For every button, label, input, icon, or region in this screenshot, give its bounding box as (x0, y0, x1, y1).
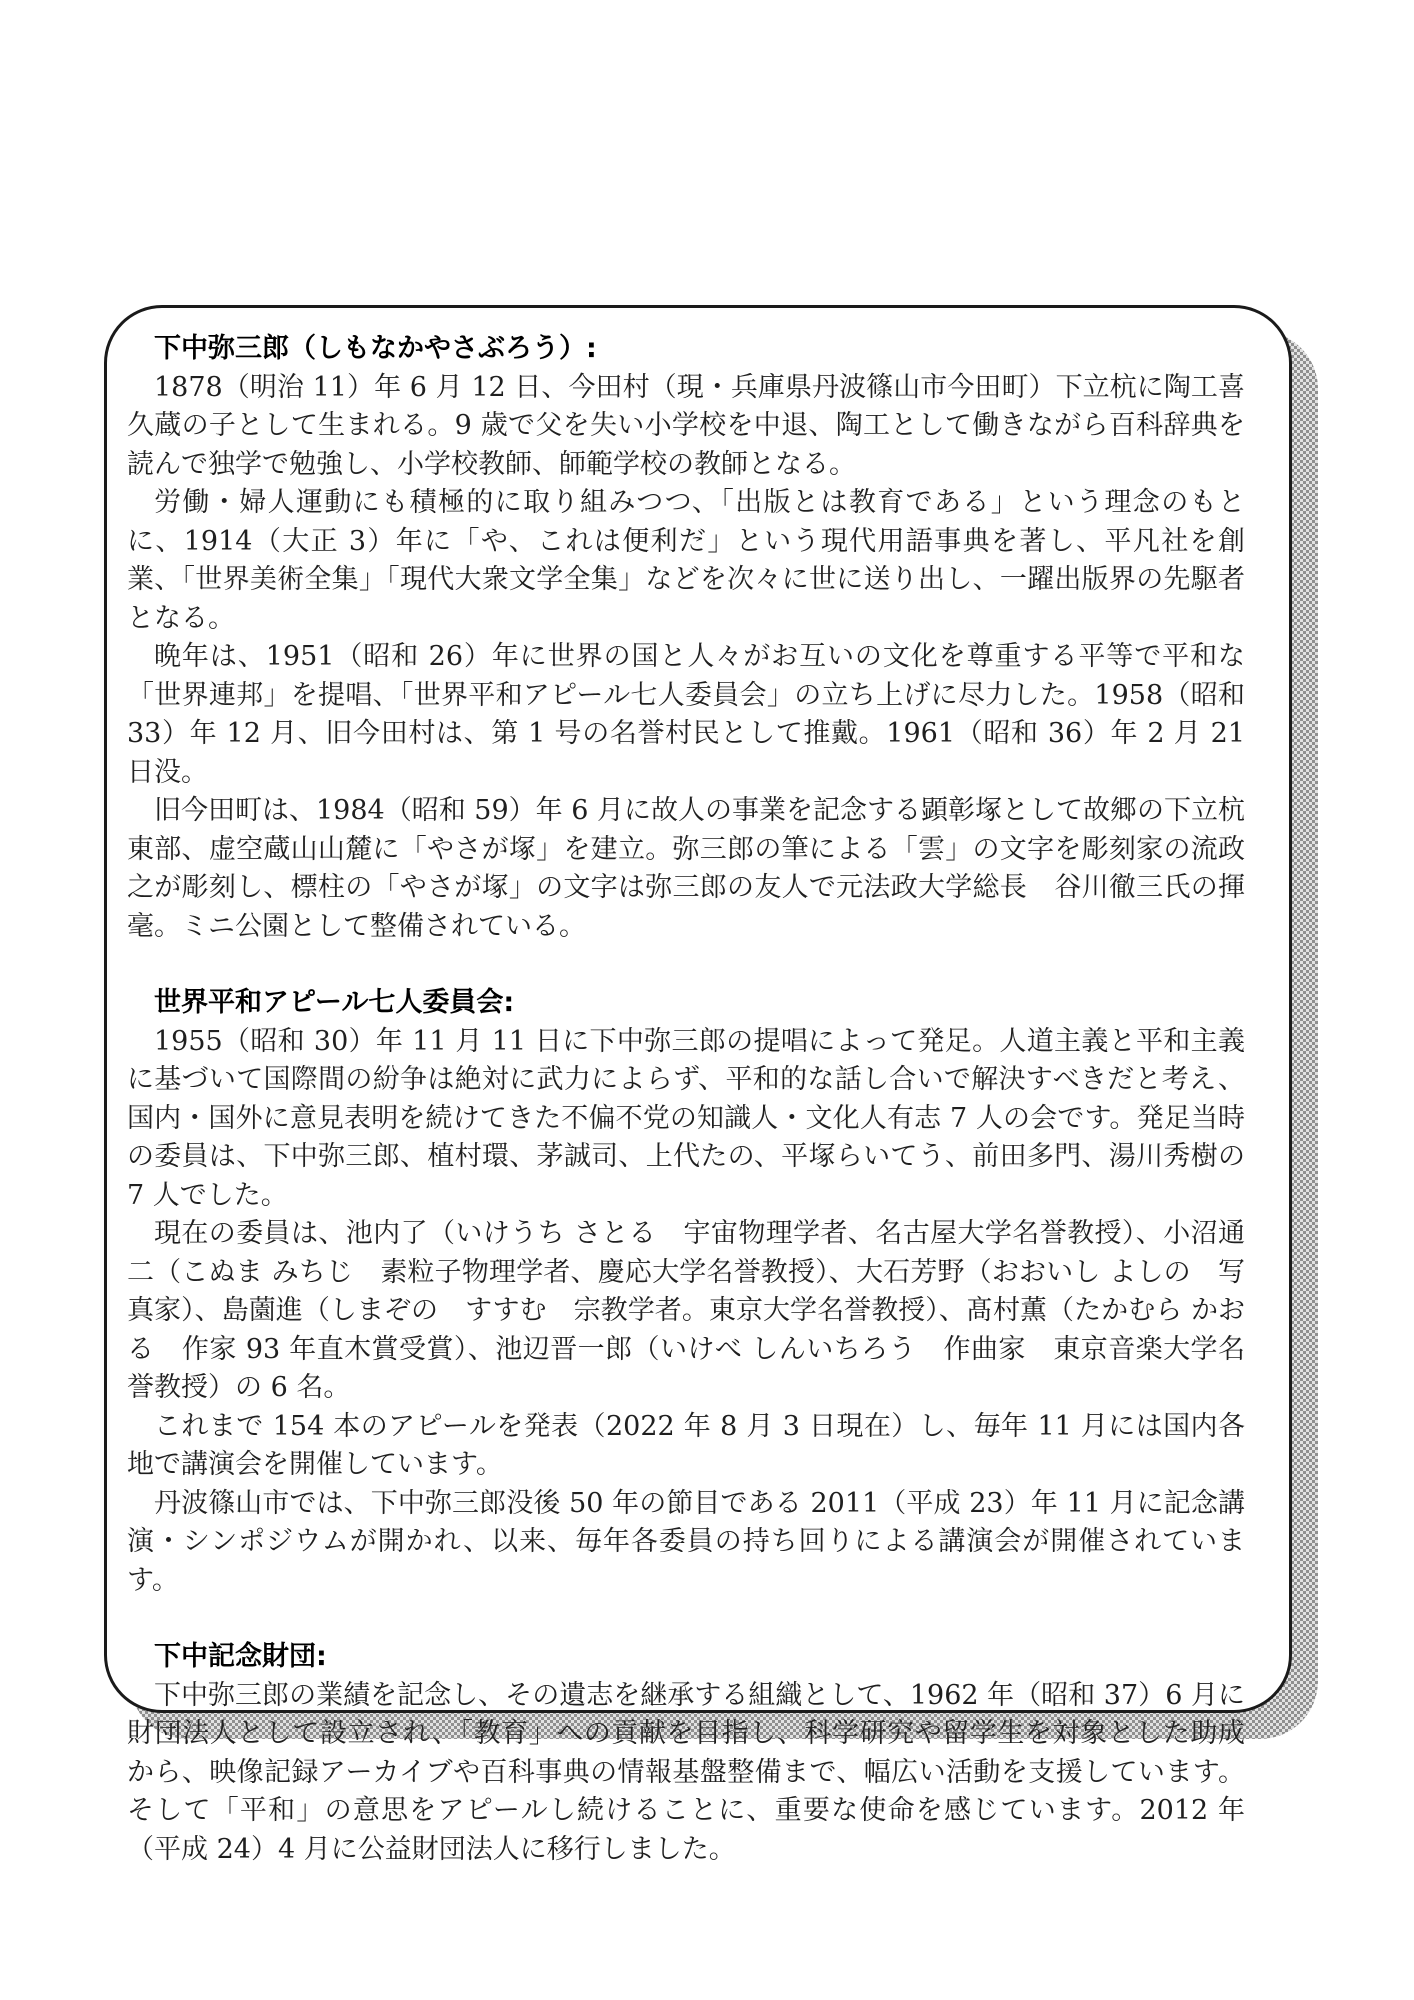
paragraph: 現在の委員は、池内了（いけうち さとる 宇宙物理学者、名古屋大学名誉教授）、小沼… (127, 1215, 1245, 1408)
info-panel: 下中弥三郎（しもなかやさぶろう）: 1878（明治 11）年 6 月 12 日、… (104, 305, 1292, 1713)
section-heading: 世界平和アピール七人委員会: (127, 984, 1245, 1023)
panel-content: 下中弥三郎（しもなかやさぶろう）: 1878（明治 11）年 6 月 12 日、… (107, 308, 1289, 1710)
paragraph: 下中弥三郎の業績を記念し、その遺志を継承する組織として、1962 年（昭和 37… (127, 1677, 1245, 1870)
paragraph: 1955（昭和 30）年 11 月 11 日に下中弥三郎の提唱によって発足。人道… (127, 1023, 1245, 1216)
paragraph: 1878（明治 11）年 6 月 12 日、今田村（現・兵庫県丹波篠山市今田町）… (127, 369, 1245, 485)
section-seven-member-peace-committee: 世界平和アピール七人委員会: 1955（昭和 30）年 11 月 11 日に下中… (127, 984, 1245, 1600)
paragraph: 労働・婦人運動にも積極的に取り組みつつ、「出版とは教育である」という理念のもとに… (127, 484, 1245, 638)
section-heading: 下中記念財団: (127, 1638, 1245, 1677)
section-shimonaka-memorial-foundation: 下中記念財団: 下中弥三郎の業績を記念し、その遺志を継承する組織として、1962… (127, 1638, 1245, 1869)
document-page: 下中弥三郎（しもなかやさぶろう）: 1878（明治 11）年 6 月 12 日、… (0, 0, 1414, 2000)
paragraph: これまで 154 本のアピールを発表（2022 年 8 月 3 日現在）し、毎年… (127, 1408, 1245, 1485)
paragraph: 晩年は、1951（昭和 26）年に世界の国と人々がお互いの文化を尊重する平等で平… (127, 638, 1245, 792)
section-heading: 下中弥三郎（しもなかやさぶろう）: (127, 330, 1245, 369)
paragraph: 丹波篠山市では、下中弥三郎没後 50 年の節目である 2011（平成 23）年 … (127, 1485, 1245, 1601)
paragraph: 旧今田町は、1984（昭和 59）年 6 月に故人の事業を記念する顕彰塚として故… (127, 792, 1245, 946)
section-shimonaka-yasaburo: 下中弥三郎（しもなかやさぶろう）: 1878（明治 11）年 6 月 12 日、… (127, 330, 1245, 946)
